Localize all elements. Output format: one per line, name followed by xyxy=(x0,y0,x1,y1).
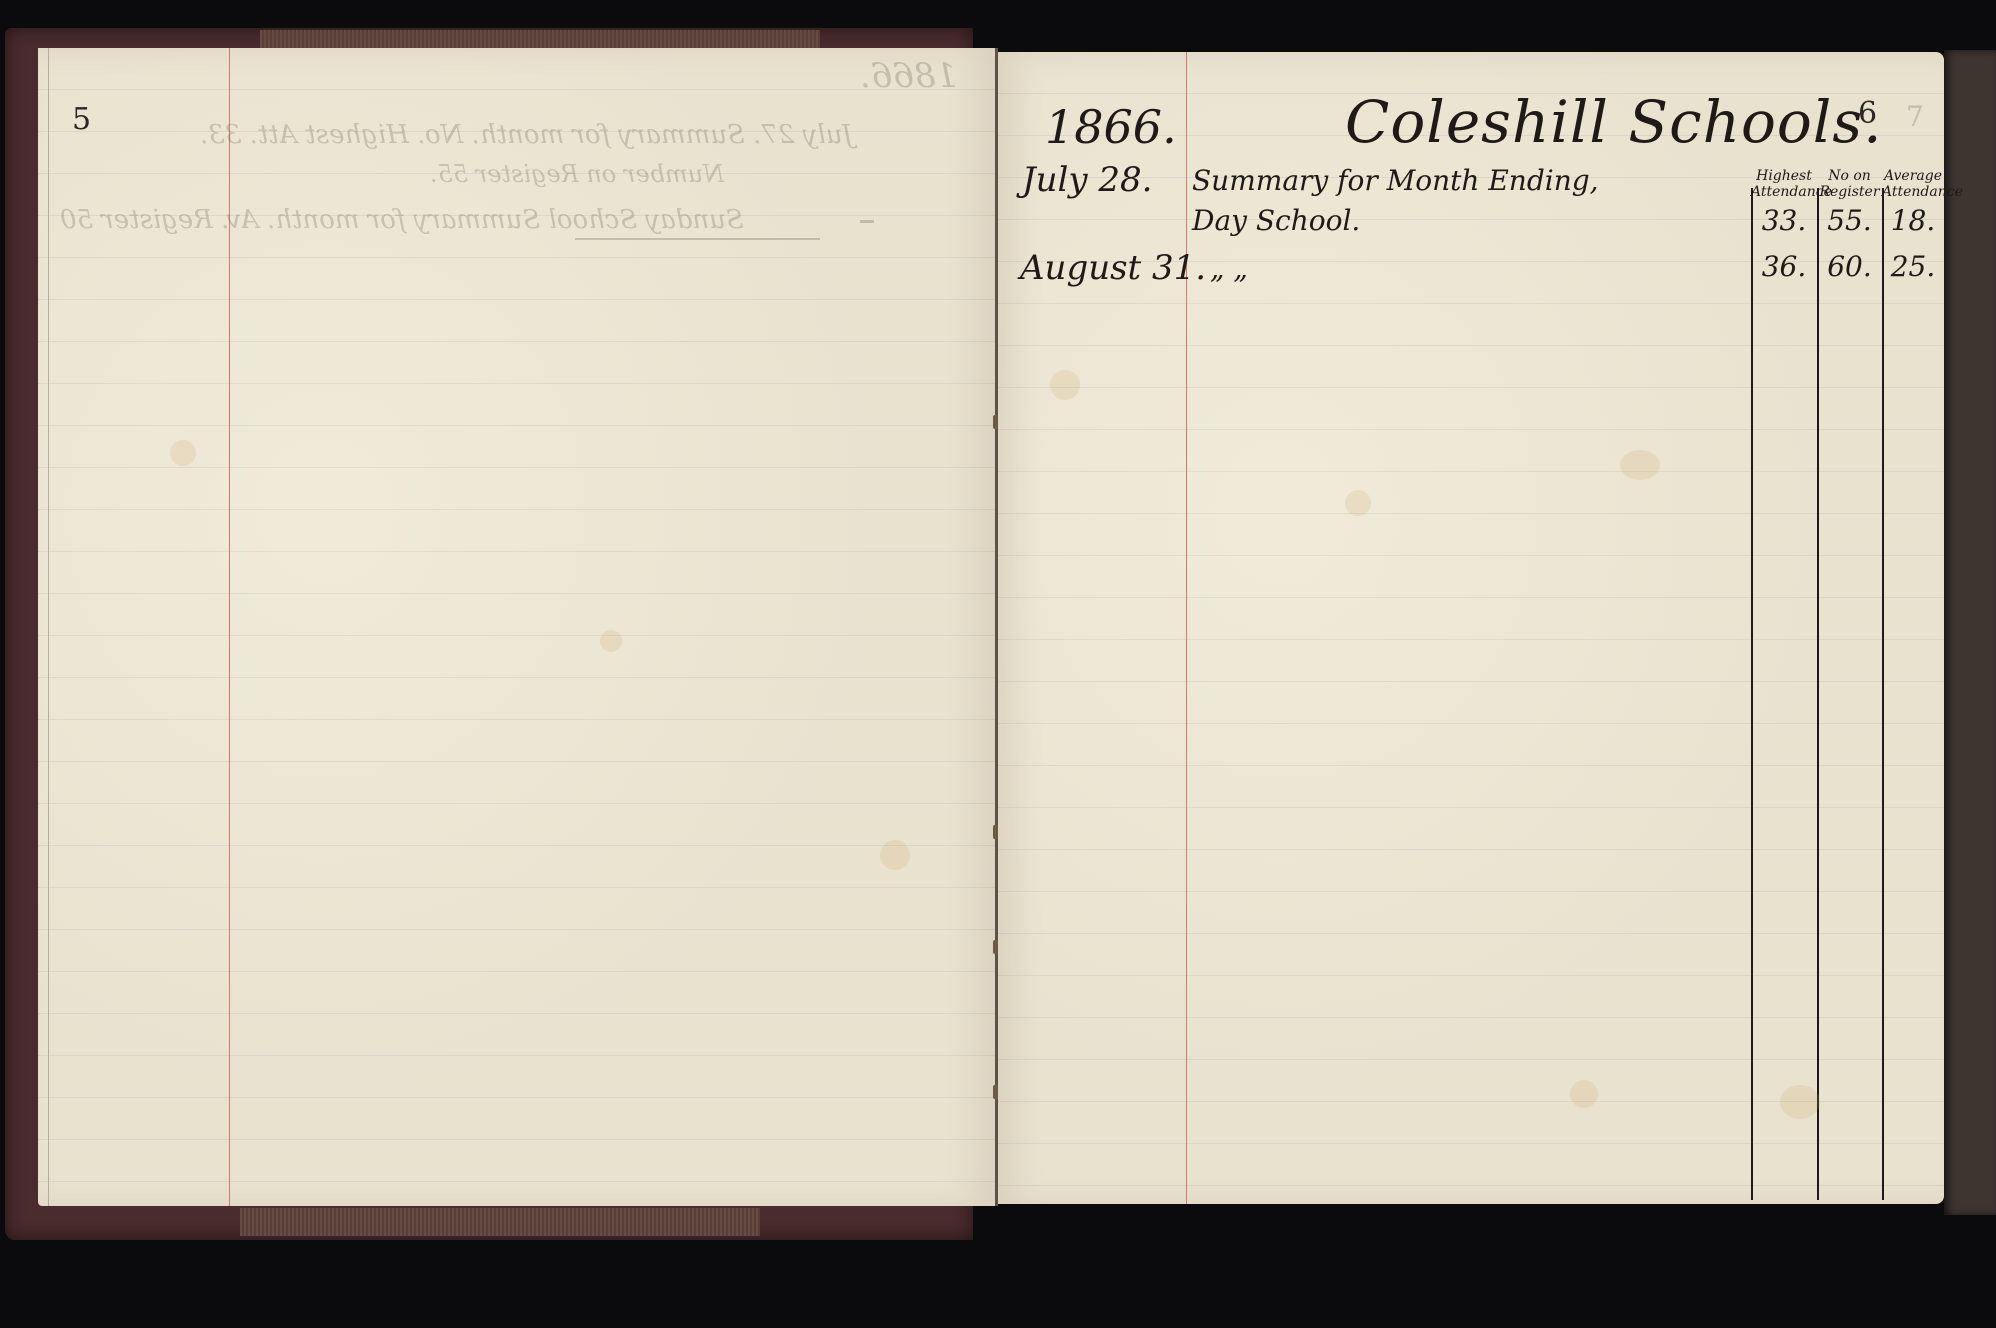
left-page-edge-rule xyxy=(48,48,49,1206)
paper-stain xyxy=(1345,490,1371,516)
cell-no-on-register: 55. xyxy=(1817,204,1882,237)
ghost-page-number: 7 xyxy=(1906,100,1924,133)
entry-date: July 28. xyxy=(1022,160,1153,200)
paper-stain xyxy=(1050,370,1080,400)
paper-stain xyxy=(1620,450,1660,480)
paper-stain xyxy=(600,630,622,652)
right-page-margin-rule xyxy=(1186,52,1187,1204)
column-header-average-attendance: Average Attendance xyxy=(1882,168,1944,200)
cover-cloth-spine-top xyxy=(260,30,820,48)
paper-stain xyxy=(1780,1085,1820,1119)
bleed-through-dash xyxy=(860,220,874,223)
entry-year: 1866. xyxy=(1045,100,1177,154)
book-cover-right xyxy=(1944,50,1996,1215)
entry-text: Summary for Month Ending, xyxy=(1192,164,1599,197)
entry-text: Day School. xyxy=(1192,204,1360,237)
paper-stain xyxy=(880,840,910,870)
entry-text-ditto: „ „ xyxy=(1210,252,1248,285)
bleed-through-line-2: Number on Register 55. xyxy=(430,160,724,188)
page-title: Coleshill Schools. xyxy=(1345,88,1883,156)
paper-stain xyxy=(170,440,196,466)
column-header-highest-attendance: Highest Attendance xyxy=(1751,168,1817,200)
column-rule xyxy=(1817,188,1819,1200)
bleed-through-line-3: Sunday School Summary for month. Av. Reg… xyxy=(60,205,744,235)
column-header-no-on-register: No on Register xyxy=(1817,168,1882,200)
cell-no-on-register: 60. xyxy=(1817,250,1882,283)
cell-highest-attendance: 33. xyxy=(1751,204,1817,237)
bleed-through-line-1: July 27. Summary for month. No. Highest … xyxy=(200,120,853,150)
cover-cloth-spine-bottom xyxy=(240,1208,760,1236)
left-page-number: 5 xyxy=(72,102,91,137)
column-rule xyxy=(1882,188,1884,1200)
cell-average-attendance: 18. xyxy=(1882,204,1944,237)
bleed-through-underline xyxy=(575,238,820,240)
paper-stain xyxy=(1570,1080,1598,1108)
cell-highest-attendance: 36. xyxy=(1751,250,1817,283)
entry-date: August 31. xyxy=(1020,248,1206,288)
column-rule xyxy=(1751,188,1753,1200)
cell-average-attendance: 25. xyxy=(1882,250,1944,283)
bleed-through-year: 1866. xyxy=(860,56,957,96)
